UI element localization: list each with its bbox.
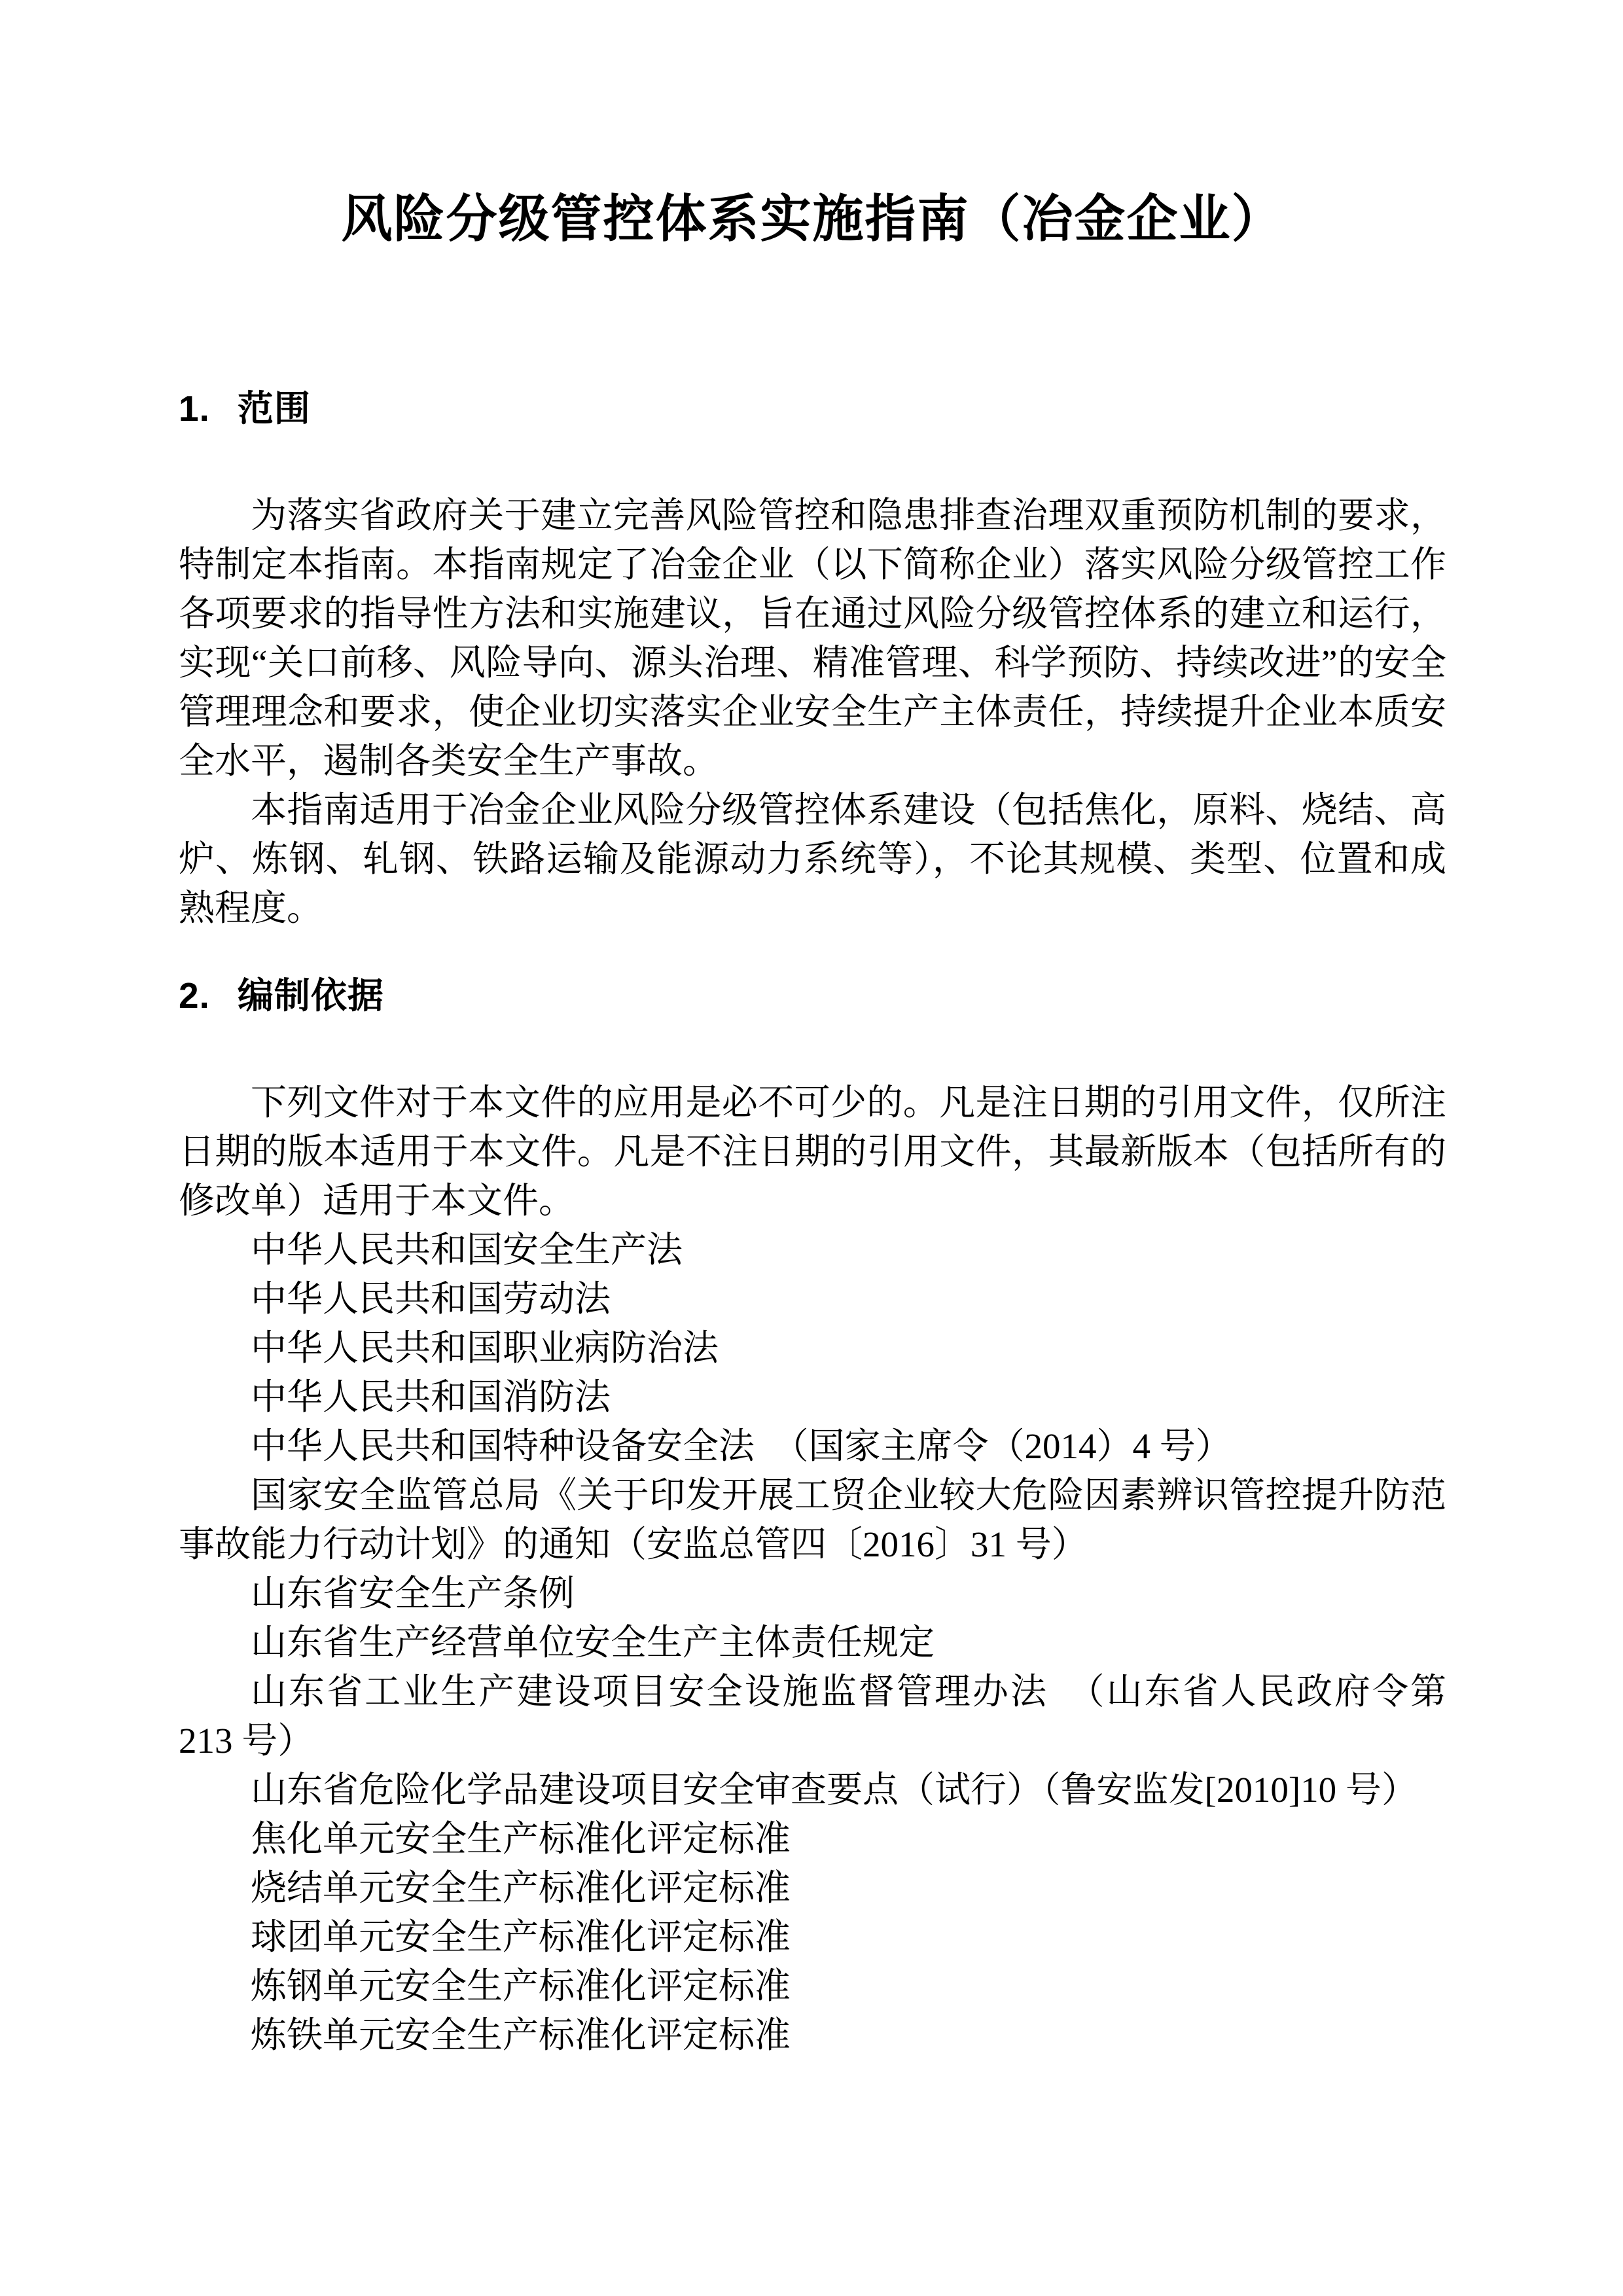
section-heading-text: 范围 [238, 388, 311, 429]
reference-item: 国家安全监管总局《关于印发开展工贸企业较大危险因素辨识管控提升防范事故能力行动计… [179, 1471, 1446, 1569]
reference-item: 山东省工业生产建设项目安全设施监督管理办法 （山东省人民政府令第 213 号） [179, 1667, 1446, 1765]
reference-item: 中华人民共和国消防法 [179, 1372, 1446, 1422]
reference-item: 中华人民共和国劳动法 [179, 1274, 1446, 1323]
reference-item: 中华人民共和国安全生产法 [179, 1225, 1446, 1274]
reference-item: 中华人民共和国特种设备安全法 （国家主席令（2014）4 号） [179, 1422, 1446, 1471]
document-title: 风险分级管控体系实施指南（冶金企业） [179, 188, 1446, 249]
reference-list: 中华人民共和国安全生产法中华人民共和国劳动法中华人民共和国职业病防治法中华人民共… [179, 1225, 1446, 2060]
reference-item: 球团单元安全生产标准化评定标准 [179, 1912, 1446, 1962]
section-number: 1. [179, 388, 210, 429]
reference-item: 山东省安全生产条例 [179, 1569, 1446, 1618]
reference-item: 烧结单元安全生产标准化评定标准 [179, 1863, 1446, 1912]
paragraph: 本指南适用于冶金企业风险分级管控体系建设（包括焦化，原料、烧结、高炉、炼钢、轧钢… [179, 785, 1446, 933]
reference-item: 炼铁单元安全生产标准化评定标准 [179, 2011, 1446, 2060]
paragraph: 下列文件对于本文件的应用是必不可少的。凡是注日期的引用文件，仅所注日期的版本适用… [179, 1078, 1446, 1225]
reference-item: 焦化单元安全生产标准化评定标准 [179, 1814, 1446, 1863]
reference-item: 山东省危险化学品建设项目安全审查要点（试行）（鲁安监发[2010]10 号） [179, 1765, 1446, 1814]
section-number: 2. [179, 975, 210, 1016]
paragraph: 为落实省政府关于建立完善风险管控和隐患排查治理双重预防机制的要求，特制定本指南。… [179, 491, 1446, 785]
reference-item: 山东省生产经营单位安全生产主体责任规定 [179, 1618, 1446, 1667]
section-heading: 2.编制依据 [179, 975, 1446, 1016]
reference-item: 炼钢单元安全生产标准化评定标准 [179, 1962, 1446, 2011]
reference-item: 中华人民共和国职业病防治法 [179, 1323, 1446, 1372]
section-scope: 1.范围 为落实省政府关于建立完善风险管控和隐患排查治理双重预防机制的要求，特制… [179, 388, 1446, 933]
section-heading: 1.范围 [179, 388, 1446, 429]
document-page: 风险分级管控体系实施指南（冶金企业） 1.范围 为落实省政府关于建立完善风险管控… [0, 0, 1623, 2296]
section-heading-text: 编制依据 [238, 975, 384, 1016]
section-compilation-basis: 2.编制依据 下列文件对于本文件的应用是必不可少的。凡是注日期的引用文件，仅所注… [179, 975, 1446, 2060]
